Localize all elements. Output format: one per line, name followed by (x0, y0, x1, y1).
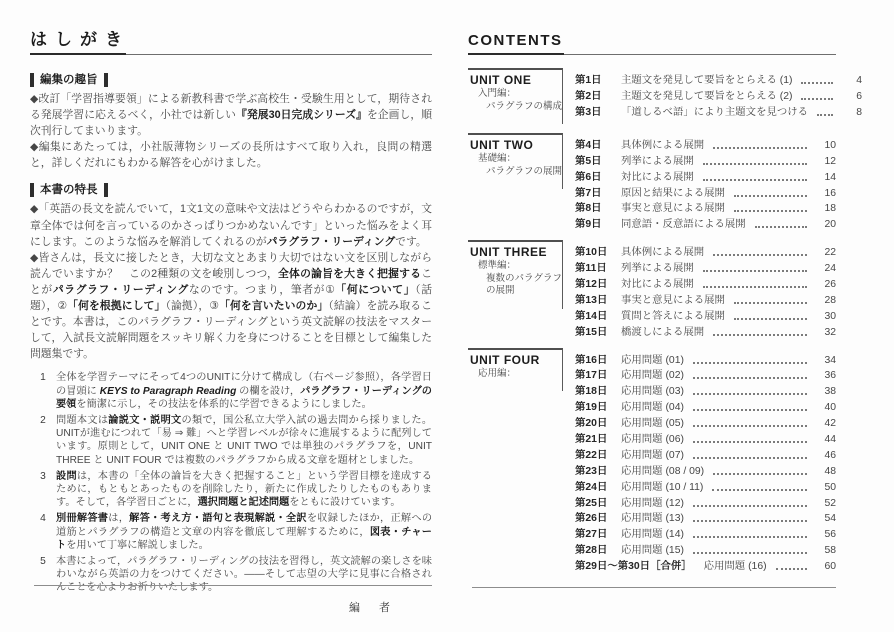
text-run: なのです。つまり，筆者が① (189, 284, 336, 296)
toc-row: 第16日応用問題 (01)34 (575, 351, 836, 367)
toc-page-number: 22 (814, 247, 836, 259)
toc-row: 第12日対比による展開26 (575, 275, 836, 291)
toc-entry-title: 「道しるべ語」により主題文を見つける (621, 107, 808, 119)
section-paragraphs: ◆「英語の長文を読んでいて，1文1文の意味や文法はどうやらわかるのですが，文章全… (30, 201, 432, 362)
toc-entry-title: 事実と意見による展開 (621, 203, 725, 215)
toc-entry-title: 応用問題 (05) (621, 418, 684, 430)
toc-row: 第11日列挙による展開24 (575, 259, 836, 275)
toc-page-number: 4 (840, 75, 862, 87)
unit-name: UNIT TWO (470, 138, 558, 153)
contents-page: CONTENTS UNIT ONE入門編：パラグラフの構成第1日主題文を発見して… (468, 32, 836, 588)
toc-row: 第21日応用問題 (06)44 (575, 430, 836, 446)
unit-subtitle-line: パラグラフの構成 (470, 101, 558, 114)
dot-leader (713, 147, 807, 149)
toc-day: 第19日 (575, 402, 621, 414)
toc-day: 第27日 (575, 529, 621, 541)
toc-entry-title: 応用問題 (07) (621, 450, 684, 462)
section-paragraphs: ◆改訂「学習指導要領」による新教科書で学ぶ高校生・受験生用として，期待される発展… (30, 91, 432, 171)
toc-entry-title: 橋渡しによる展開 (621, 327, 704, 339)
dot-leader (713, 254, 807, 256)
item-text: 設問は，本書の「全体の論旨を大きく把握すること」という学習目標を達成するために，… (56, 470, 432, 510)
toc-day: 第10日 (575, 247, 621, 259)
toc-row: 第23日応用問題 (08 / 09)48 (575, 462, 836, 478)
toc-row: 第14日質問と答えによる展開30 (575, 307, 836, 323)
toc-row: 第9日同意語・反意語による展開20 (575, 215, 836, 231)
text-run: 全体の論旨を大きく把握する (278, 268, 421, 280)
item-text: 本書によって，パラグラフ・リーディングの技法を習得し，英文読解の楽しさを味わいな… (56, 555, 432, 595)
text-run: です。 (395, 236, 427, 248)
numbered-item: 2問題本文は論説文・説明文の類で，国公私立大学入試の過去問から採りました。UNI… (30, 414, 432, 467)
toc-row: 第25日応用問題 (12)52 (575, 494, 836, 510)
contents-title: CONTENTS (468, 32, 836, 50)
toc-row: 第26日応用問題 (13)54 (575, 510, 836, 526)
toc-day: 第26日 (575, 513, 621, 525)
toc-day: 第20日 (575, 418, 621, 430)
toc-row: 第6日対比による展開14 (575, 168, 836, 184)
toc-page-number: 34 (814, 355, 836, 367)
preface-page: はしがき 編集の趣旨 ◆改訂「学習指導要領」による新教科書で学ぶ高校生・受験生用… (30, 30, 432, 586)
footer-rule (472, 587, 836, 588)
toc-page-number: 56 (814, 529, 836, 541)
toc-page-number: 36 (814, 370, 836, 382)
dot-leader (734, 318, 807, 320)
toc-day: 第5日 (575, 156, 621, 168)
toc-row: 第24日応用問題 (10 / 11)50 (575, 478, 836, 494)
toc-day: 第11日 (575, 263, 621, 275)
title-underline (468, 53, 836, 55)
text-run: を用いて丁寧に解説しました。 (66, 540, 209, 551)
toc-day: 第25日 (575, 498, 621, 510)
toc-page-number: 14 (814, 172, 836, 184)
toc-day: 第13日 (575, 295, 621, 307)
toc-row: 第4日具体例による展開10 (575, 136, 836, 152)
toc-page-number: 28 (814, 295, 836, 307)
dot-leader (703, 270, 807, 272)
text-run: 本書によって，パラグラフ・リーディングの技法を習得し，英文読解の楽しさを味わいな… (56, 556, 432, 593)
toc-page-number: 40 (814, 402, 836, 414)
text-run: 選択問題と記述問題 (198, 497, 290, 508)
dot-leader (755, 226, 807, 228)
dot-leader (801, 98, 833, 100)
toc-entry-title: 質問と答えによる展開 (621, 311, 725, 323)
toc-day: 第16日 (575, 355, 621, 367)
dot-leader (693, 409, 807, 411)
toc-day: 第21日 (575, 434, 621, 446)
toc-day: 第24日 (575, 482, 621, 494)
toc-entry-title: 具体例による展開 (621, 247, 704, 259)
section-heading: 本書の特長 (30, 183, 108, 197)
page-title: はしがき (30, 30, 432, 50)
toc-day: 第22日 (575, 450, 621, 462)
book-spread: はしがき 編集の趣旨 ◆改訂「学習指導要領」による新教科書で学ぶ高校生・受験生用… (0, 0, 894, 632)
item-text: 全体を学習テーマにそって4つのUNITに分けて構成し（右ページ参照），各学習日の… (56, 371, 432, 411)
toc-page-number: 20 (814, 219, 836, 231)
toc-page-number: 52 (814, 498, 836, 510)
section-book-features: 本書の特長 ◆「英語の長文を読んでいて，1文1文の意味や文法はどうやらわかるので… (30, 180, 432, 362)
item-number: 1 (30, 371, 56, 411)
toc-row: 第10日具体例による展開22 (575, 243, 836, 259)
unit-subtitle-line: 複数のパラグラフ (470, 273, 558, 286)
toc-page-number: 12 (814, 156, 836, 168)
toc-entry-title: 応用問題 (16) (704, 561, 767, 573)
toc-row: 第29日～第30日［合併］応用問題 (16)60 (575, 557, 836, 573)
paragraph: ◆改訂「学習指導要領」による新教科書で学ぶ高校生・受験生用として，期待される発展… (30, 91, 432, 139)
text-run: の欄を設け， (236, 386, 300, 397)
toc-day: 第23日 (575, 466, 621, 478)
toc-page-number: 54 (814, 513, 836, 525)
toc-entry-title: 対比による展開 (621, 172, 694, 184)
toc-entry-title: 応用問題 (12) (621, 498, 684, 510)
toc-day: 第15日 (575, 327, 621, 339)
toc-page-number: 24 (814, 263, 836, 275)
toc-page-number: 38 (814, 386, 836, 398)
dot-leader (801, 82, 833, 84)
toc-entry-title: 応用問題 (01) (621, 355, 684, 367)
unit-subtitle-line: パラグラフの展開 (470, 166, 558, 179)
dot-leader (693, 505, 807, 507)
toc-page-number: 6 (840, 91, 862, 103)
toc-day: 第1日 (575, 75, 621, 87)
item-number: 2 (30, 414, 56, 467)
text-run: KEYS to Paragraph Reading (100, 386, 237, 397)
dot-leader (693, 552, 807, 554)
item-text: 問題本文は論説文・説明文の類で，国公私立大学入試の過去問から採りました。UNIT… (56, 414, 432, 467)
section-editorial-purpose: 編集の趣旨 ◆改訂「学習指導要領」による新教科書で学ぶ高校生・受験生用として，期… (30, 70, 432, 171)
toc-entry-title: 列挙による展開 (621, 156, 694, 168)
text-run: 「何を言いたいのか」 (219, 300, 328, 312)
toc-row: 第19日応用問題 (04)40 (575, 398, 836, 414)
unit-subtitle-line: の展開 (470, 285, 558, 298)
toc-day: 第4日 (575, 140, 621, 152)
dot-leader (817, 114, 833, 116)
paragraph: ◆編集にあたっては，小社版薄物シリーズの長所はすべて取り入れ，良問の精選と，詳し… (30, 139, 432, 171)
unit-rows: 第4日具体例による展開10第5日列挙による展開12第6日対比による展開14第7日… (575, 135, 836, 231)
text-run: 問題本文は (56, 415, 108, 426)
toc-entry-title: 応用問題 (08 / 09) (621, 466, 704, 478)
toc-page-number: 44 (814, 434, 836, 446)
toc-day: 第29日～第30日［合併］ (575, 561, 692, 573)
text-run: パラグラフ・リーディング (267, 236, 395, 248)
toc-row: 第7日原因と結果による展開16 (575, 184, 836, 200)
dot-leader (693, 377, 807, 379)
toc-entry-title: 応用問題 (10 / 11) (621, 482, 703, 494)
numbered-item: 4別冊解答書は，解答・考え方・語句と表現解説・全訳を収録したほか，正解への道筋と… (30, 512, 432, 552)
toc-page-number: 58 (814, 545, 836, 557)
toc-entry-title: 列挙による展開 (621, 263, 694, 275)
dot-leader (703, 286, 807, 288)
toc-entry-title: 主題文を発見して要旨をとらえる (1) (621, 75, 792, 87)
unit-subtitle-line: 基礎編： (470, 153, 558, 166)
toc-row: 第17日応用問題 (02)36 (575, 367, 836, 383)
toc-page-number: 60 (814, 561, 836, 573)
unit-group: UNIT TWO基礎編：パラグラフの展開第4日具体例による展開10第5日列挙によ… (468, 135, 836, 231)
dot-leader (693, 536, 807, 538)
toc-entry-title: 同意語・反意語による展開 (621, 219, 746, 231)
toc-row: 第18日応用問題 (03)38 (575, 382, 836, 398)
dot-leader (693, 425, 807, 427)
footer-rule (34, 585, 432, 586)
text-run: ◆編集にあたっては，小社版薄物シリーズの長所はすべて取り入れ，良問の精選と，詳し… (30, 141, 432, 169)
toc-page-number: 50 (814, 482, 836, 494)
toc-page-number: 16 (814, 188, 836, 200)
text-run: 解答・考え方・語句と表現解説・全訳 (129, 513, 307, 524)
text-run: 別冊解答書 (56, 513, 108, 524)
unit-label: UNIT THREE標準編：複数のパラグラフの展開 (468, 240, 563, 309)
toc-row: 第13日事実と意見による展開28 (575, 291, 836, 307)
unit-name: UNIT FOUR (470, 353, 558, 368)
author-signature: 編 者 (30, 599, 432, 615)
toc-row: 第20日応用問題 (05)42 (575, 414, 836, 430)
unit-rows: 第16日応用問題 (01)34第17日応用問題 (02)36第18日応用問題 (… (575, 350, 836, 573)
toc-entry-title: 対比による展開 (621, 279, 694, 291)
toc-page-number: 30 (814, 311, 836, 323)
feature-numbered-list: 1全体を学習テーマにそって4つのUNITに分けて構成し（右ページ参照），各学習日… (30, 371, 432, 594)
toc-entry-title: 主題文を発見して要旨をとらえる (2) (621, 91, 792, 103)
unit-group: UNIT THREE標準編：複数のパラグラフの展開第10日具体例による展開22第… (468, 242, 836, 338)
toc-page-number: 26 (814, 279, 836, 291)
paragraph: ◆皆さんは，長文に接したとき，大切な文とあまり大切ではない文を区別しながら読んで… (30, 250, 432, 363)
dot-leader (693, 457, 807, 459)
toc-row: 第15日橋渡しによる展開32 (575, 323, 836, 339)
toc-day: 第6日 (575, 172, 621, 184)
toc-day: 第7日 (575, 188, 621, 200)
toc-row: 第3日「道しるべ語」により主題文を見つける8 (575, 103, 862, 119)
toc-row: 第22日応用問題 (07)46 (575, 446, 836, 462)
section-heading: 編集の趣旨 (30, 73, 108, 87)
toc-entry-title: 応用問題 (06) (621, 434, 684, 446)
item-number: 5 (30, 555, 56, 595)
table-of-contents: UNIT ONE入門編：パラグラフの構成第1日主題文を発見して要旨をとらえる (… (468, 70, 836, 573)
toc-day: 第8日 (575, 203, 621, 215)
toc-day: 第3日 (575, 107, 621, 119)
toc-entry-title: 応用問題 (15) (621, 545, 684, 557)
toc-page-number: 18 (814, 203, 836, 215)
toc-page-number: 8 (840, 107, 862, 119)
text-run: 「何を根拠にして」 (67, 300, 165, 312)
unit-rows: 第1日主題文を発見して要旨をとらえる (1)4第2日主題文を発見して要旨をとらえ… (575, 70, 862, 119)
dot-leader (713, 473, 807, 475)
unit-label: UNIT FOUR応用編： (468, 348, 563, 392)
unit-subtitle-line: 標準編： (470, 260, 558, 273)
unit-name: UNIT ONE (470, 73, 558, 88)
unit-label: UNIT ONE入門編：パラグラフの構成 (468, 68, 563, 124)
dot-leader (693, 441, 807, 443)
toc-page-number: 10 (814, 140, 836, 152)
dot-leader (776, 568, 807, 570)
toc-day: 第12日 (575, 279, 621, 291)
paragraph: ◆「英語の長文を読んでいて，1文1文の意味や文法はどうやらわかるのですが，文章全… (30, 201, 432, 249)
dot-leader (712, 489, 807, 491)
toc-page-number: 48 (814, 466, 836, 478)
text-run: 設問 (56, 471, 77, 482)
dot-leader (703, 163, 807, 165)
toc-entry-title: 応用問題 (04) (621, 402, 684, 414)
text-run: 「何について」 (335, 284, 415, 296)
toc-row: 第1日主題文を発見して要旨をとらえる (1)4 (575, 71, 862, 87)
text-run: 『発展30日完成シリーズ』 (236, 109, 367, 121)
unit-group: UNIT ONE入門編：パラグラフの構成第1日主題文を発見して要旨をとらえる (… (468, 70, 836, 124)
toc-day: 第14日 (575, 311, 621, 323)
dot-leader (703, 179, 807, 181)
toc-entry-title: 応用問題 (13) (621, 513, 684, 525)
numbered-item: 1全体を学習テーマにそって4つのUNITに分けて構成し（右ページ参照），各学習日… (30, 371, 432, 411)
text-run: をともに設けています。 (289, 497, 400, 508)
item-number: 3 (30, 470, 56, 510)
toc-entry-title: 応用問題 (03) (621, 386, 684, 398)
toc-entry-title: 事実と意見による展開 (621, 295, 725, 307)
unit-name: UNIT THREE (470, 245, 558, 260)
text-run: パラグラフ・リーディング (53, 284, 189, 296)
toc-entry-title: 応用問題 (14) (621, 529, 684, 541)
dot-leader (693, 520, 807, 522)
toc-row: 第2日主題文を発見して要旨をとらえる (2)6 (575, 87, 862, 103)
dot-leader (693, 362, 807, 364)
dot-leader (713, 334, 807, 336)
dot-leader (734, 302, 807, 304)
text-run: （論拠），③ (165, 300, 219, 312)
toc-entry-title: 原因と結果による展開 (621, 188, 725, 200)
toc-entry-title: 具体例による展開 (621, 140, 704, 152)
text-run: を簡潔に示し，その技法を体系的に学習できるようにしました。 (76, 399, 371, 410)
dot-leader (734, 210, 807, 212)
toc-day: 第18日 (575, 386, 621, 398)
dot-leader (693, 393, 807, 395)
toc-day: 第2日 (575, 91, 621, 103)
toc-page-number: 32 (814, 327, 836, 339)
toc-day: 第17日 (575, 370, 621, 382)
toc-row: 第8日事実と意見による展開18 (575, 200, 836, 216)
numbered-item: 3設問は，本書の「全体の論旨を大きく把握すること」という学習目標を達成するために… (30, 470, 432, 510)
item-number: 4 (30, 512, 56, 552)
text-run: 論説文・説明文 (108, 415, 181, 426)
text-run: は， (108, 513, 129, 524)
toc-day: 第9日 (575, 219, 621, 231)
toc-row: 第5日列挙による展開12 (575, 152, 836, 168)
toc-row: 第27日応用問題 (14)56 (575, 525, 836, 541)
unit-subtitle-line: 入門編： (470, 88, 558, 101)
numbered-item: 5本書によって，パラグラフ・リーディングの技法を習得し，英文読解の楽しさを味わい… (30, 555, 432, 595)
unit-subtitle-line: 応用編： (470, 368, 558, 381)
unit-group: UNIT FOUR応用編：第16日応用問題 (01)34第17日応用問題 (02… (468, 350, 836, 573)
toc-page-number: 42 (814, 418, 836, 430)
unit-label: UNIT TWO基礎編：パラグラフの展開 (468, 133, 563, 189)
unit-rows: 第10日具体例による展開22第11日列挙による展開24第12日対比による展開26… (575, 242, 836, 338)
title-underline (30, 53, 432, 55)
toc-row: 第28日応用問題 (15)58 (575, 541, 836, 557)
toc-day: 第28日 (575, 545, 621, 557)
toc-page-number: 46 (814, 450, 836, 462)
toc-entry-title: 応用問題 (02) (621, 370, 684, 382)
dot-leader (734, 195, 807, 197)
item-text: 別冊解答書は，解答・考え方・語句と表現解説・全訳を収録したほか，正解への道筋とパ… (56, 512, 432, 552)
